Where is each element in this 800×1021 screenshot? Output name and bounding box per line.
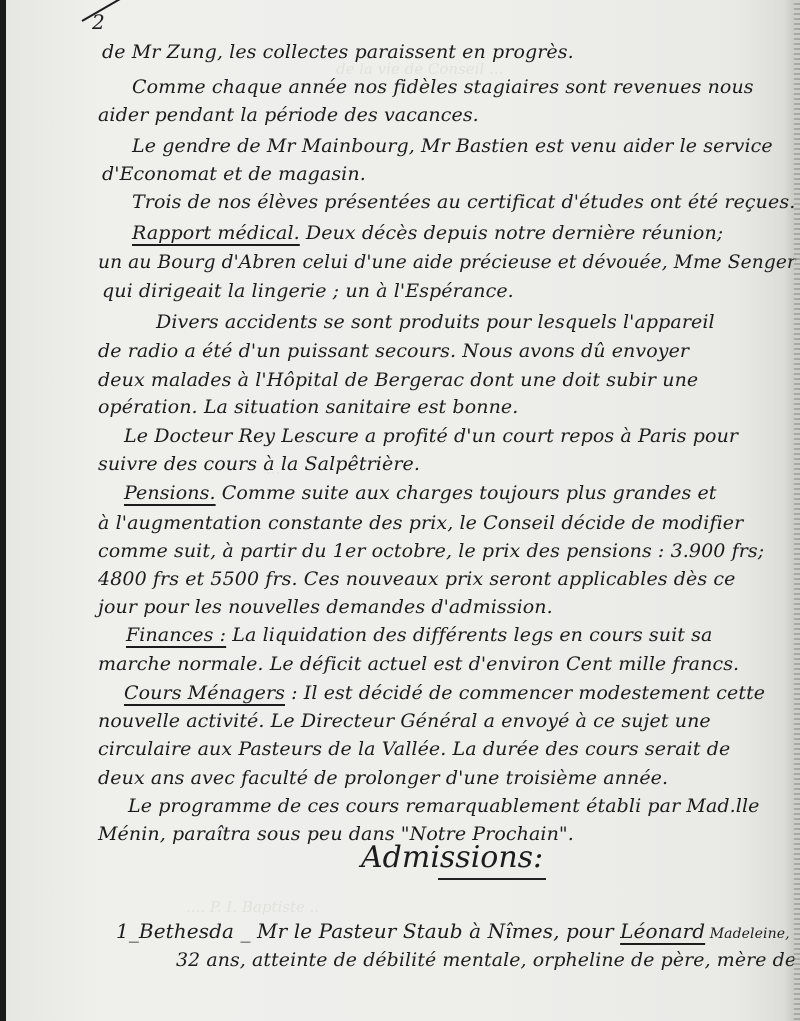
text-line: 4800 frs et 5500 frs. Ces nouveaux prix … (98, 570, 735, 589)
text-line: Le Docteur Rey Lescure a profité d'un co… (124, 427, 738, 446)
text-line: un au Bourg d'Abren celui d'une aide pré… (98, 253, 796, 272)
section-title-rapport-medical: Rapport médical. (132, 222, 300, 244)
text-line: comme suit, à partir du 1er octobre, le … (98, 542, 764, 561)
text-line: circulaire aux Pasteurs de la Vallée. La… (98, 740, 730, 759)
text-line: nouvelle activité. Le Directeur Général … (98, 712, 711, 731)
text-line: Le gendre de Mr Mainbourg, Mr Bastien es… (132, 137, 773, 156)
text-line: 32 ans, atteinte de débilité mentale, or… (176, 951, 796, 970)
text-line: de Mr Zung, les collectes paraissent en … (102, 43, 574, 62)
text-line: Le programme de ces cours remarquablemen… (128, 797, 759, 816)
text-line: suivre des cours à la Salpêtrière. (98, 455, 420, 474)
text-line: qui dirigeait la lingerie ; un à l'Espér… (102, 282, 514, 301)
text-line: deux ans avec faculté de prolonger d'une… (98, 769, 668, 788)
ink-bleedthrough: .... P. I. Baptiste .. (186, 898, 319, 916)
text-line: à l'augmentation constante des prix, le … (98, 514, 743, 533)
text-line: Finances : La liquidation des différents… (126, 626, 712, 645)
text-line: Trois de nos élèves présentées au certif… (132, 193, 795, 212)
text-line: deux malades à l'Hôpital de Bergerac don… (98, 371, 698, 390)
text-line: de radio a été d'un puissant secours. No… (98, 342, 689, 361)
text-line: Pensions. Comme suite aux charges toujou… (124, 484, 717, 503)
handwritten-page: de la vie de Conseil ... ... .... P. I. … (6, 0, 800, 1021)
section-title-finances: Finances : (126, 624, 226, 646)
section-title-pensions: Pensions. (124, 482, 216, 504)
admission-entry: 1_Bethesda _ Mr le Pasteur Staub à Nîmes… (116, 921, 790, 941)
section-title-cours-menagers: Cours Ménagers (124, 682, 285, 704)
text-line: aider pendant la période des vacances. (98, 106, 479, 125)
text-line: d'Economat et de magasin. (102, 165, 366, 184)
admission-surname: Léonard (620, 919, 705, 943)
text-line: jour pour les nouvelles demandes d'admis… (98, 598, 553, 617)
section-heading-admissions: Admissions: (361, 840, 543, 875)
text-line: opération. La situation sanitaire est bo… (98, 398, 518, 417)
text-line: Rapport médical. Deux décès depuis notre… (132, 224, 723, 243)
text-line: Comme chaque année nos fidèles stagiaire… (132, 78, 754, 97)
text-line: Divers accidents se sont produits pour l… (156, 313, 715, 332)
heading-rule (438, 878, 546, 880)
text-line: marche normale. Le déficit actuel est d'… (98, 655, 739, 674)
text-line: Cours Ménagers : Il est décidé de commen… (124, 684, 765, 703)
